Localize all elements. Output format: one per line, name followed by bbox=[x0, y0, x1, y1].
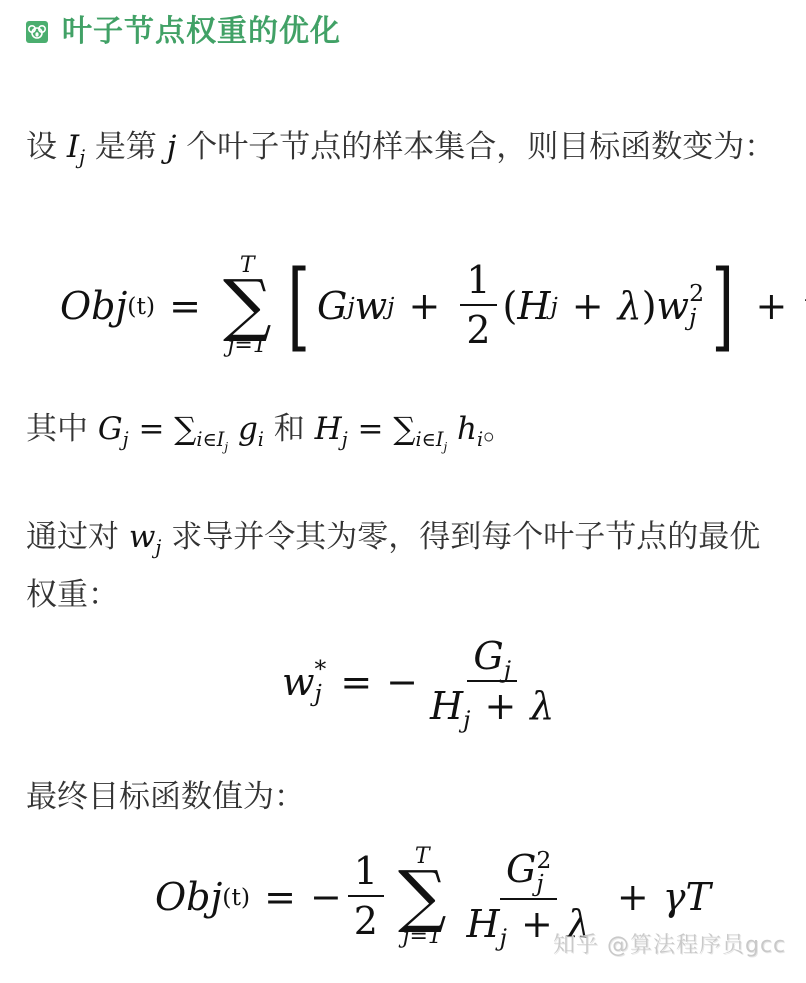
numerator: G2j bbox=[500, 849, 557, 900]
math-var: I bbox=[67, 129, 79, 165]
zhihu-watermark: 知乎 @算法程序员gcc bbox=[553, 928, 786, 959]
math-var: H bbox=[430, 684, 463, 728]
math-var: w bbox=[355, 284, 388, 328]
paragraph-optimal-weight: 通过对 wj 求导并令其为零，得到每个叶子节点的最优权重： bbox=[26, 508, 786, 624]
plus-sign: + bbox=[756, 284, 788, 328]
sum-sub-text: i∈I bbox=[416, 428, 444, 451]
text: 通过对 bbox=[26, 519, 129, 555]
math-lhs: Obj bbox=[155, 875, 222, 919]
math-var: G bbox=[473, 634, 503, 678]
math-sub: j bbox=[500, 923, 507, 951]
sigma-symbol: ∑ bbox=[393, 411, 415, 447]
sum-lower: j=1 bbox=[228, 335, 267, 357]
text: 设 bbox=[26, 129, 67, 165]
section-title: 叶子节点权重的优化 bbox=[62, 12, 341, 52]
math-var: g bbox=[238, 411, 258, 447]
paren: ) bbox=[642, 284, 657, 328]
math-lhs: Obj bbox=[60, 284, 127, 328]
equals-sign: = bbox=[340, 660, 372, 704]
text: 和 bbox=[264, 411, 315, 447]
math-var: G bbox=[317, 284, 347, 328]
math-term: γT bbox=[663, 875, 711, 919]
section-heading: 叶子节点权重的优化 bbox=[26, 12, 341, 52]
paragraph-leaf-sample-set: 设 Ij 是第 j 个叶子节点的样本集合，则目标函数变为： bbox=[26, 118, 786, 176]
sum-sub-text: i∈I bbox=[196, 428, 224, 451]
fraction: Gj Hj+λ bbox=[424, 636, 560, 728]
math-var: H bbox=[315, 411, 342, 447]
text: 个叶子节点的样本集合，则目标函数变为： bbox=[176, 129, 775, 165]
paren: ( bbox=[503, 284, 518, 328]
math-var: w bbox=[282, 660, 315, 704]
math-sub: j bbox=[536, 872, 551, 896]
sup-sub-stack: 2j bbox=[536, 849, 551, 896]
numerator: 1 bbox=[348, 851, 384, 897]
sigma-symbol: ∑ bbox=[398, 868, 447, 926]
paragraph-final-objective: 最终目标函数值为： bbox=[26, 768, 786, 826]
text: 最终目标函数值为： bbox=[26, 779, 305, 815]
math-term: γT bbox=[801, 284, 806, 328]
text: 是第 bbox=[85, 129, 167, 165]
plus-sign: + bbox=[408, 284, 440, 328]
equals-sign: = bbox=[169, 284, 201, 328]
math-var: w bbox=[657, 284, 690, 328]
summation: T ∑ j=1 bbox=[398, 846, 447, 948]
sigma-symbol: ∑ bbox=[223, 277, 272, 335]
left-bracket: [ bbox=[287, 258, 309, 354]
math-sub: j bbox=[504, 656, 511, 684]
math-var: h bbox=[457, 411, 477, 447]
plus-sign: + bbox=[484, 684, 516, 728]
math-sub: j bbox=[689, 306, 704, 330]
summation: T ∑ j=1 bbox=[223, 255, 272, 357]
denominator: 2 bbox=[460, 306, 496, 352]
math-var: w bbox=[129, 519, 156, 555]
sup-sub-stack: 2j bbox=[689, 282, 704, 329]
formula-objective-sum: Obj(t) = T ∑ j=1 [ Gjwj + 1 2 (Hj + λ)w2… bbox=[60, 248, 806, 363]
math-var: G bbox=[98, 411, 123, 447]
math-var: G bbox=[506, 847, 536, 891]
text: 其中 bbox=[26, 411, 98, 447]
math-var: H bbox=[517, 284, 550, 328]
formula-optimal-weight: w*j = − Gj Hj+λ bbox=[282, 632, 566, 732]
paragraph-gradient-sums: 其中 Gj = ∑i∈Ij gi 和 Hj = ∑i∈Ij hi。 bbox=[26, 400, 786, 458]
sum-subscript: i∈Ij bbox=[416, 428, 448, 451]
math-var: H bbox=[467, 902, 500, 946]
denominator: 2 bbox=[348, 897, 384, 943]
sup-sub-stack: *j bbox=[315, 658, 327, 705]
lambda: λ bbox=[618, 284, 642, 328]
right-bracket: ] bbox=[712, 258, 734, 354]
math-sub: j bbox=[315, 682, 327, 706]
equals-sign: = bbox=[129, 411, 175, 447]
fraction-half: 1 2 bbox=[348, 851, 384, 943]
numerator: Gj bbox=[467, 636, 517, 682]
math-sup: 2 bbox=[689, 282, 704, 306]
sigma-symbol: ∑ bbox=[174, 411, 196, 447]
koala-icon bbox=[26, 21, 48, 43]
math-sub: j bbox=[224, 440, 228, 454]
math-sub: j bbox=[443, 440, 447, 454]
denominator: Hj+λ bbox=[424, 682, 560, 728]
plus-sign: + bbox=[572, 284, 604, 328]
minus-sign: − bbox=[310, 875, 342, 919]
equals-sign: = bbox=[348, 411, 394, 447]
equals-sign: = bbox=[264, 875, 296, 919]
math-sub: j bbox=[463, 706, 470, 734]
sum-lower: j=1 bbox=[403, 926, 442, 948]
math-var: j bbox=[167, 129, 177, 165]
fraction-half: 1 2 bbox=[460, 260, 496, 352]
plus-sign: + bbox=[617, 875, 649, 919]
plus-sign: + bbox=[521, 902, 553, 946]
numerator: 1 bbox=[460, 260, 496, 306]
minus-sign: − bbox=[386, 660, 418, 704]
lambda: λ bbox=[530, 684, 554, 728]
sum-subscript: i∈Ij bbox=[196, 428, 228, 451]
text: 。 bbox=[483, 411, 514, 447]
